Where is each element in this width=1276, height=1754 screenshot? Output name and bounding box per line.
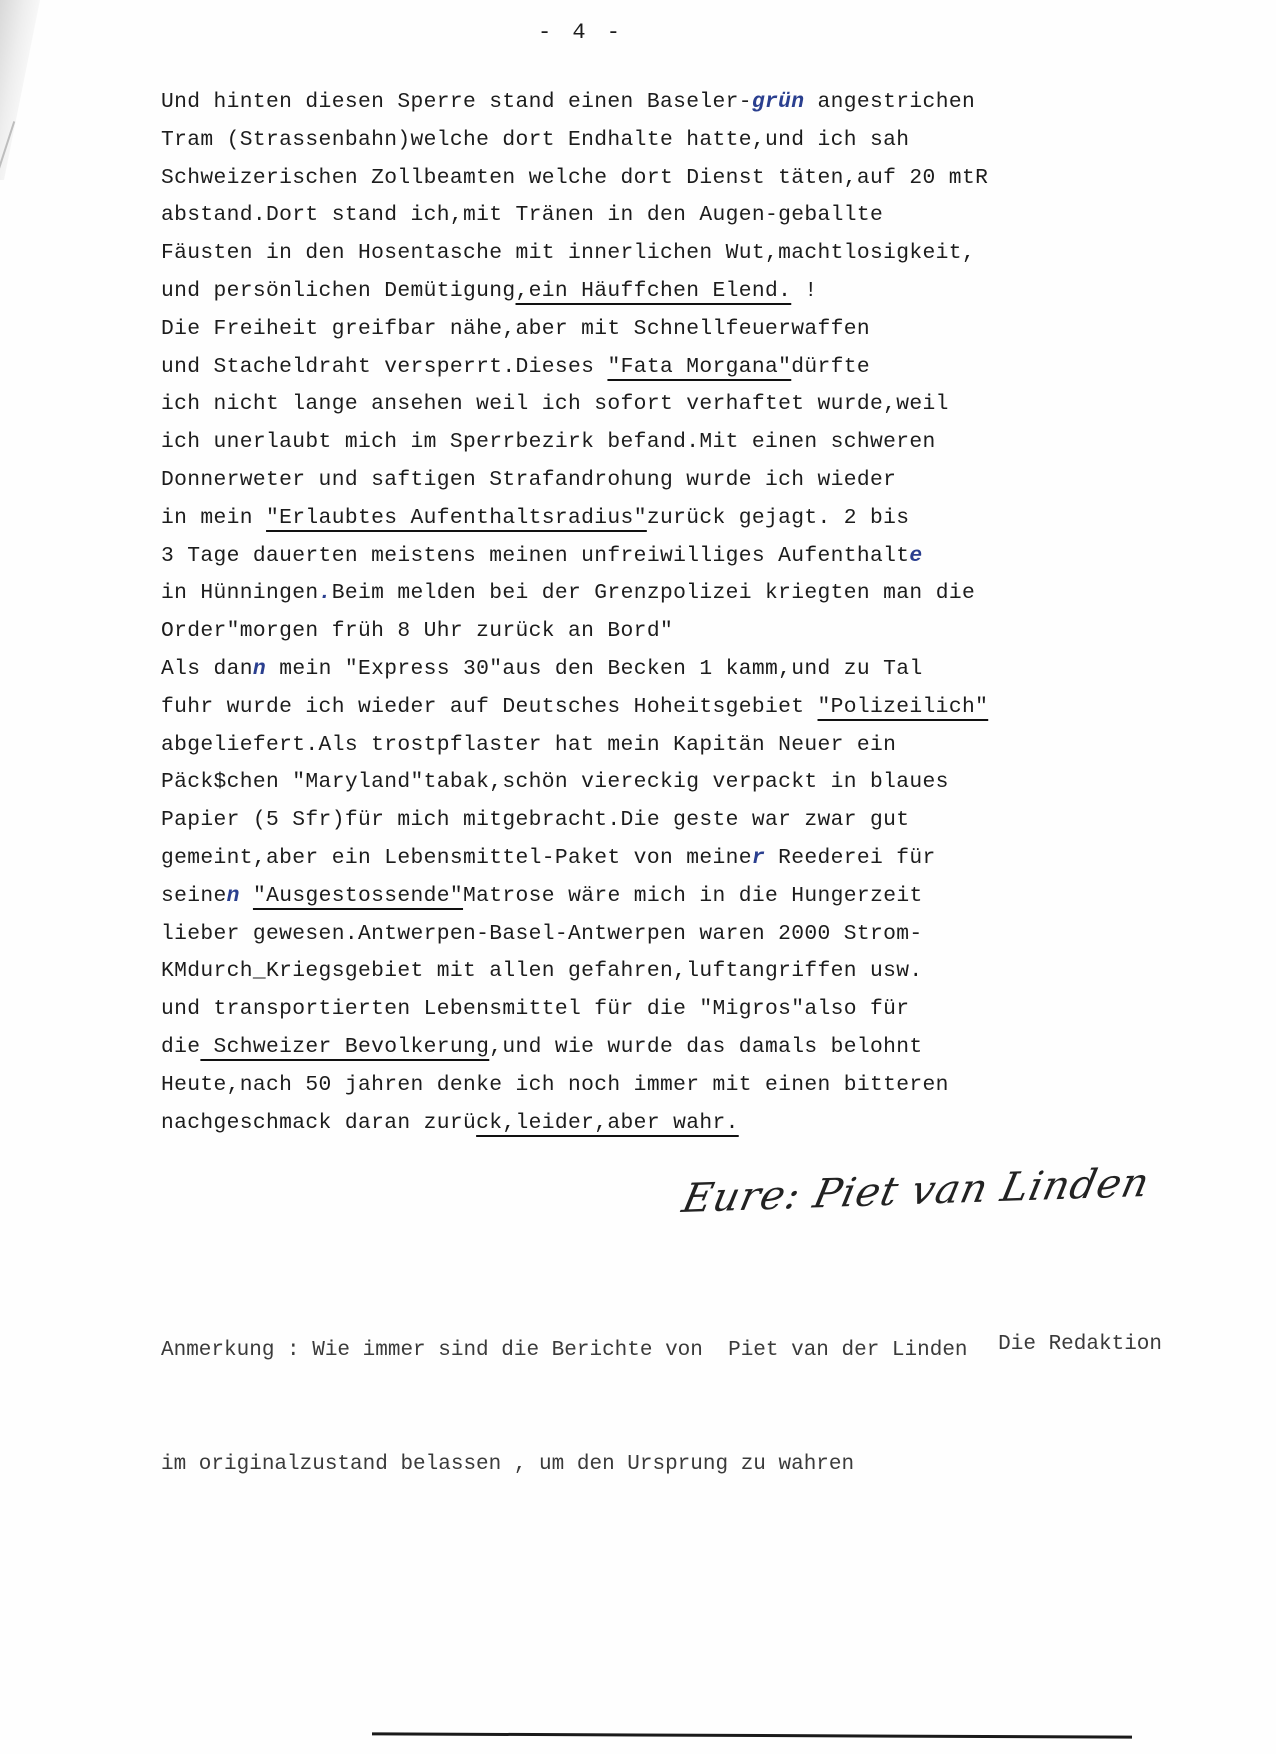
- text-line: Schweizerischen Zollbeamten welche dort …: [161, 160, 1161, 198]
- text-segment: fuhr wurde ich wieder auf Deutsches Hohe…: [161, 695, 818, 719]
- text-line: ich unerlaubt mich im Sperrbezirk befand…: [161, 424, 1161, 462]
- text-segment: gemeint,aber ein Lebensmittel-Paket von …: [161, 846, 752, 870]
- text-segment: in Hünningen: [161, 581, 319, 605]
- text-segment: Donnerweter und saftigen Strafandrohung …: [161, 468, 896, 492]
- text-line: Und hinten diesen Sperre stand einen Bas…: [161, 84, 1161, 122]
- typewritten-body: Und hinten diesen Sperre stand einen Bas…: [161, 84, 1161, 1142]
- underlined-text: "Polizeilich": [818, 695, 989, 719]
- text-segment: ich unerlaubt mich im Sperrbezirk befand…: [161, 430, 936, 454]
- text-segment: mein "Express 30"aus den Becken 1 kamm,u…: [266, 657, 923, 681]
- text-line: abstand.Dort stand ich,mit Tränen in den…: [161, 197, 1161, 235]
- handwritten-correction: n: [253, 657, 266, 681]
- text-segment: Die Freiheit greifbar nähe,aber mit Schn…: [161, 317, 870, 341]
- text-segment: Reederei für: [765, 846, 936, 870]
- text-segment: Heute,nach 50 jahren denke ich noch imme…: [161, 1073, 949, 1097]
- text-segment: und transportierten Lebensmittel für die…: [161, 997, 909, 1021]
- underlined-text: "Fata Morgana": [607, 355, 791, 379]
- underlined-text: "Ausgestossende": [253, 884, 463, 908]
- text-segment: Schweizerischen Zollbeamten welche dort …: [161, 166, 988, 190]
- text-segment: Order"morgen früh 8 Uhr zurück an Bord": [161, 619, 673, 643]
- text-line: Order"morgen früh 8 Uhr zurück an Bord": [161, 613, 1161, 651]
- text-line: und persönlichen Demütigung,ein Häuffche…: [161, 273, 1161, 311]
- text-segment: abgeliefert.Als trostpflaster hat mein K…: [161, 733, 896, 757]
- text-segment: Beim melden bei der Grenzpolizei kriegte…: [332, 581, 975, 605]
- note-line: im originalzustand belassen , um den Urs…: [161, 1446, 968, 1484]
- handwritten-correction: n: [227, 884, 240, 908]
- text-segment: zurück gejagt. 2 bis: [647, 506, 910, 530]
- text-line: Papier (5 Sfr)für mich mitgebracht.Die g…: [161, 802, 1161, 840]
- text-segment: nachgeschmack daran zurü: [161, 1111, 476, 1135]
- text-line: und transportierten Lebensmittel für die…: [161, 991, 1161, 1029]
- text-segment: KMdurch_Kriegsgebiet mit allen gefahren,…: [161, 959, 923, 983]
- text-segment: dürfte: [791, 355, 870, 379]
- text-line: fuhr wurde ich wieder auf Deutsches Hohe…: [161, 689, 1161, 727]
- text-line: Die Freiheit greifbar nähe,aber mit Schn…: [161, 311, 1161, 349]
- text-line: abgeliefert.Als trostpflaster hat mein K…: [161, 727, 1161, 765]
- text-segment: Papier (5 Sfr)für mich mitgebracht.Die g…: [161, 808, 909, 832]
- text-segment: Als dan: [161, 657, 253, 681]
- text-segment: ,und wie wurde das damals belohnt: [489, 1035, 922, 1059]
- text-line: ich nicht lange ansehen weil ich sofort …: [161, 386, 1161, 424]
- text-segment: Fäusten in den Hosentasche mit innerlich…: [161, 241, 975, 265]
- text-segment: lieber gewesen.Antwerpen-Basel-Antwerpen…: [161, 922, 923, 946]
- page-number: - 4 -: [538, 20, 624, 45]
- bottom-rule: [372, 1732, 1132, 1738]
- text-line: Als dann mein "Express 30"aus den Becken…: [161, 651, 1161, 689]
- text-segment: in mein: [161, 506, 266, 530]
- text-line: gemeint,aber ein Lebensmittel-Paket von …: [161, 840, 1161, 878]
- text-line: Päck$chen "Maryland"tabak,schön vierecki…: [161, 764, 1161, 802]
- underlined-text: ck,leider,aber wahr.: [476, 1111, 739, 1135]
- note-signoff: Die Redaktion: [998, 1333, 1162, 1356]
- text-segment: angestrichen: [804, 90, 975, 114]
- text-segment: die: [161, 1035, 200, 1059]
- text-segment: und Stacheldraht versperrt.Dieses: [161, 355, 607, 379]
- handwritten-correction: r: [752, 846, 765, 870]
- text-line: KMdurch_Kriegsgebiet mit allen gefahren,…: [161, 953, 1161, 991]
- editorial-note: Anmerkung : Wie immer sind die Berichte …: [161, 1256, 968, 1560]
- note-line: Anmerkung : Wie immer sind die Berichte …: [161, 1332, 968, 1370]
- text-line: nachgeschmack daran zurück,leider,aber w…: [161, 1105, 1161, 1143]
- handwritten-correction: grün: [752, 90, 805, 114]
- scan-edge-shadow: [0, 0, 40, 180]
- text-segment: !: [791, 279, 817, 303]
- text-segment: ich nicht lange ansehen weil ich sofort …: [161, 392, 949, 416]
- text-segment: Päck$chen "Maryland"tabak,schön vierecki…: [161, 770, 949, 794]
- text-segment: und persönlichen Demütigung: [161, 279, 516, 303]
- text-line: lieber gewesen.Antwerpen-Basel-Antwerpen…: [161, 916, 1161, 954]
- text-line: Fäusten in den Hosentasche mit innerlich…: [161, 235, 1161, 273]
- text-line: Heute,nach 50 jahren denke ich noch imme…: [161, 1067, 1161, 1105]
- text-line: in Hünningen.Beim melden bei der Grenzpo…: [161, 575, 1161, 613]
- handwritten-signature: Eure: Piet van Linden: [678, 1160, 1154, 1222]
- underlined-text: "Erlaubtes Aufenthaltsradius": [266, 506, 647, 530]
- text-line: die Schweizer Bevolkerung,und wie wurde …: [161, 1029, 1161, 1067]
- text-line: Tram (Strassenbahn)welche dort Endhalte …: [161, 122, 1161, 160]
- text-segment: abstand.Dort stand ich,mit Tränen in den…: [161, 203, 883, 227]
- underlined-text: ,ein Häuffchen Elend.: [516, 279, 792, 303]
- handwritten-correction: .: [319, 581, 332, 605]
- text-segment: Tram (Strassenbahn)welche dort Endhalte …: [161, 128, 909, 152]
- handwritten-correction: e: [909, 544, 922, 568]
- document-page: - 4 - Und hinten diesen Sperre stand ein…: [0, 0, 1276, 1754]
- text-line: in mein "Erlaubtes Aufenthaltsradius"zur…: [161, 500, 1161, 538]
- text-line: Donnerweter und saftigen Strafandrohung …: [161, 462, 1161, 500]
- text-segment: seine: [161, 884, 227, 908]
- text-line: 3 Tage dauerten meistens meinen unfreiwi…: [161, 538, 1161, 576]
- text-line: seinen "Ausgestossende"Matrose wäre mich…: [161, 878, 1161, 916]
- text-segment: 3 Tage dauerten meistens meinen unfreiwi…: [161, 544, 909, 568]
- text-segment: [240, 884, 253, 908]
- text-segment: Und hinten diesen Sperre stand einen Bas…: [161, 90, 752, 114]
- underlined-text: Schweizer Bevolkerung: [200, 1035, 489, 1059]
- text-segment: Matrose wäre mich in die Hungerzeit: [463, 884, 923, 908]
- text-line: und Stacheldraht versperrt.Dieses "Fata …: [161, 349, 1161, 387]
